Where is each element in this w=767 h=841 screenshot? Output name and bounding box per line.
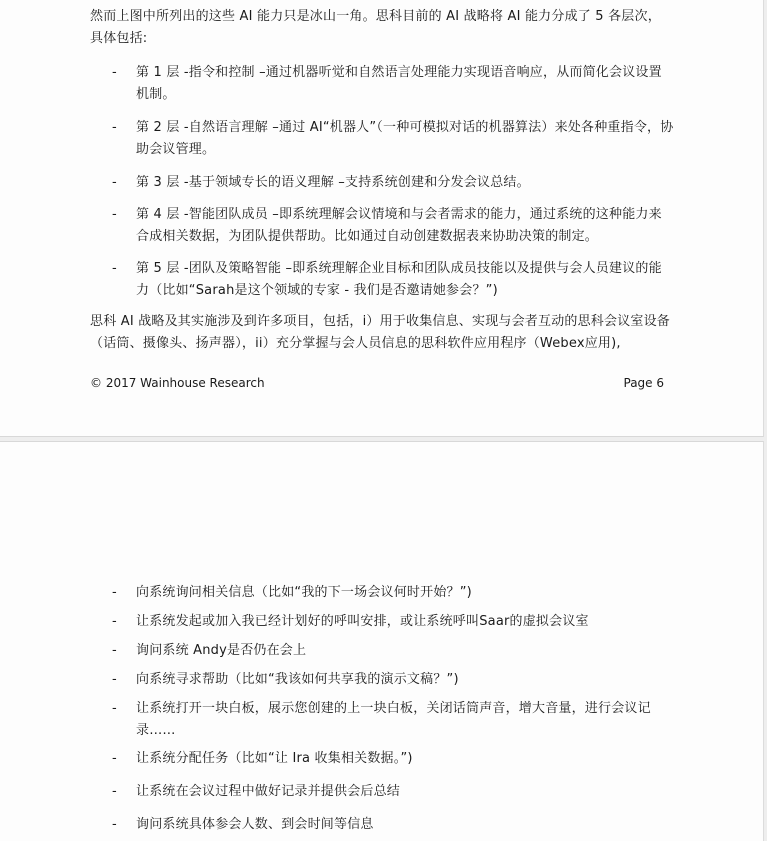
usage-item-text: 询问系统具体参会人数、到会时间等信息 bbox=[136, 814, 674, 836]
bullet-dash: - bbox=[112, 582, 124, 604]
closing-paragraph: 思科 AI 战略及其实施涉及到许多项目，包括，i）用于收集信息、实现与会者互动的… bbox=[90, 311, 670, 355]
bullet-dash: - bbox=[112, 172, 124, 194]
usage-list-item-1: - 向系统询问相关信息（比如“我的下一场会议何时开始？”) bbox=[112, 582, 674, 604]
layer-list-item-3: - 第 3 层 -基于领域专长的语义理解 –支持系统创建和分发会议总结。 bbox=[112, 172, 674, 194]
usage-list-item-5: - 让系统打开一块白板，展示您创建的上一块白板，关闭话筒声音，增大音量，进行会议… bbox=[112, 698, 674, 742]
layer-3-text: 第 3 层 -基于领域专长的语义理解 –支持系统创建和分发会议总结。 bbox=[136, 172, 674, 194]
usage-list-item-6: - 让系统分配任务（比如“让 Ira 收集相关数据。”) bbox=[112, 748, 674, 770]
bullet-dash: - bbox=[112, 117, 124, 139]
usage-item-text: 让系统打开一块白板，展示您创建的上一块白板，关闭话筒声音，增大音量，进行会议记录… bbox=[136, 698, 674, 742]
layer-list-item-4: - 第 4 层 -智能团队成员 –即系统理解会议情境和与会者需求的能力，通过系统… bbox=[112, 204, 674, 248]
bullet-dash: - bbox=[112, 640, 124, 662]
layer-list-item-2: - 第 2 层 -自然语言理解 –通过 AI“机器人”（一种可模拟对话的机器算法… bbox=[112, 117, 674, 161]
usage-item-text: 向系统寻求帮助（比如“我该如何共享我的演示文稿？”) bbox=[136, 669, 674, 691]
copyright-text: © 2017 Wainhouse Research bbox=[90, 373, 265, 393]
page-footer: © 2017 Wainhouse Research Page 6 bbox=[90, 373, 664, 393]
layer-list-item-1: - 第 1 层 -指令和控制 –通过机器听觉和自然语言处理能力实现语音响应，从而… bbox=[112, 62, 674, 106]
bullet-dash: - bbox=[112, 204, 124, 226]
page-number: Page 6 bbox=[624, 373, 665, 393]
document-page-6: 然而上图中所列出的这些 AI 能力只是冰山一角。思科目前的 AI 战略将 AI … bbox=[0, 0, 764, 437]
layer-list-item-5: - 第 5 层 -团队及策略智能 –即系统理解企业目标和团队成员技能以及提供与会… bbox=[112, 258, 674, 302]
usage-item-text: 向系统询问相关信息（比如“我的下一场会议何时开始？”) bbox=[136, 582, 674, 604]
usage-list-item-8: - 询问系统具体参会人数、到会时间等信息 bbox=[112, 814, 674, 836]
layer-2-text: 第 2 层 -自然语言理解 –通过 AI“机器人”（一种可模拟对话的机器算法）来… bbox=[136, 117, 674, 161]
bullet-dash: - bbox=[112, 669, 124, 691]
bullet-dash: - bbox=[112, 258, 124, 280]
layer-5-text: 第 5 层 -团队及策略智能 –即系统理解企业目标和团队成员技能以及提供与会人员… bbox=[136, 258, 674, 302]
bullet-dash: - bbox=[112, 698, 124, 720]
bullet-dash: - bbox=[112, 62, 124, 84]
layer-1-text: 第 1 层 -指令和控制 –通过机器听觉和自然语言处理能力实现语音响应，从而简化… bbox=[136, 62, 674, 106]
bullet-dash: - bbox=[112, 611, 124, 633]
usage-list-item-4: - 向系统寻求帮助（比如“我该如何共享我的演示文稿？”) bbox=[112, 669, 674, 691]
bullet-dash: - bbox=[112, 814, 124, 836]
usage-list-item-7: - 让系统在会议过程中做好记录并提供会后总结 bbox=[112, 781, 674, 803]
usage-item-text: 让系统发起或加入我已经计划好的呼叫安排，或让系统呼叫Saar的虚拟会议室 bbox=[136, 611, 674, 633]
usage-item-text: 询问系统 Andy是否仍在会上 bbox=[136, 640, 674, 662]
usage-list-item-3: - 询问系统 Andy是否仍在会上 bbox=[112, 640, 674, 662]
document-page-7: - 向系统询问相关信息（比如“我的下一场会议何时开始？”) - 让系统发起或加入… bbox=[0, 441, 764, 841]
bullet-dash: - bbox=[112, 748, 124, 770]
intro-paragraph: 然而上图中所列出的这些 AI 能力只是冰山一角。思科目前的 AI 战略将 AI … bbox=[90, 6, 670, 50]
bullet-dash: - bbox=[112, 781, 124, 803]
usage-item-text: 让系统分配任务（比如“让 Ira 收集相关数据。”) bbox=[136, 748, 674, 770]
usage-item-text: 让系统在会议过程中做好记录并提供会后总结 bbox=[136, 781, 674, 803]
layer-4-text: 第 4 层 -智能团队成员 –即系统理解会议情境和与会者需求的能力，通过系统的这… bbox=[136, 204, 674, 248]
usage-list-item-2: - 让系统发起或加入我已经计划好的呼叫安排，或让系统呼叫Saar的虚拟会议室 bbox=[112, 611, 674, 633]
